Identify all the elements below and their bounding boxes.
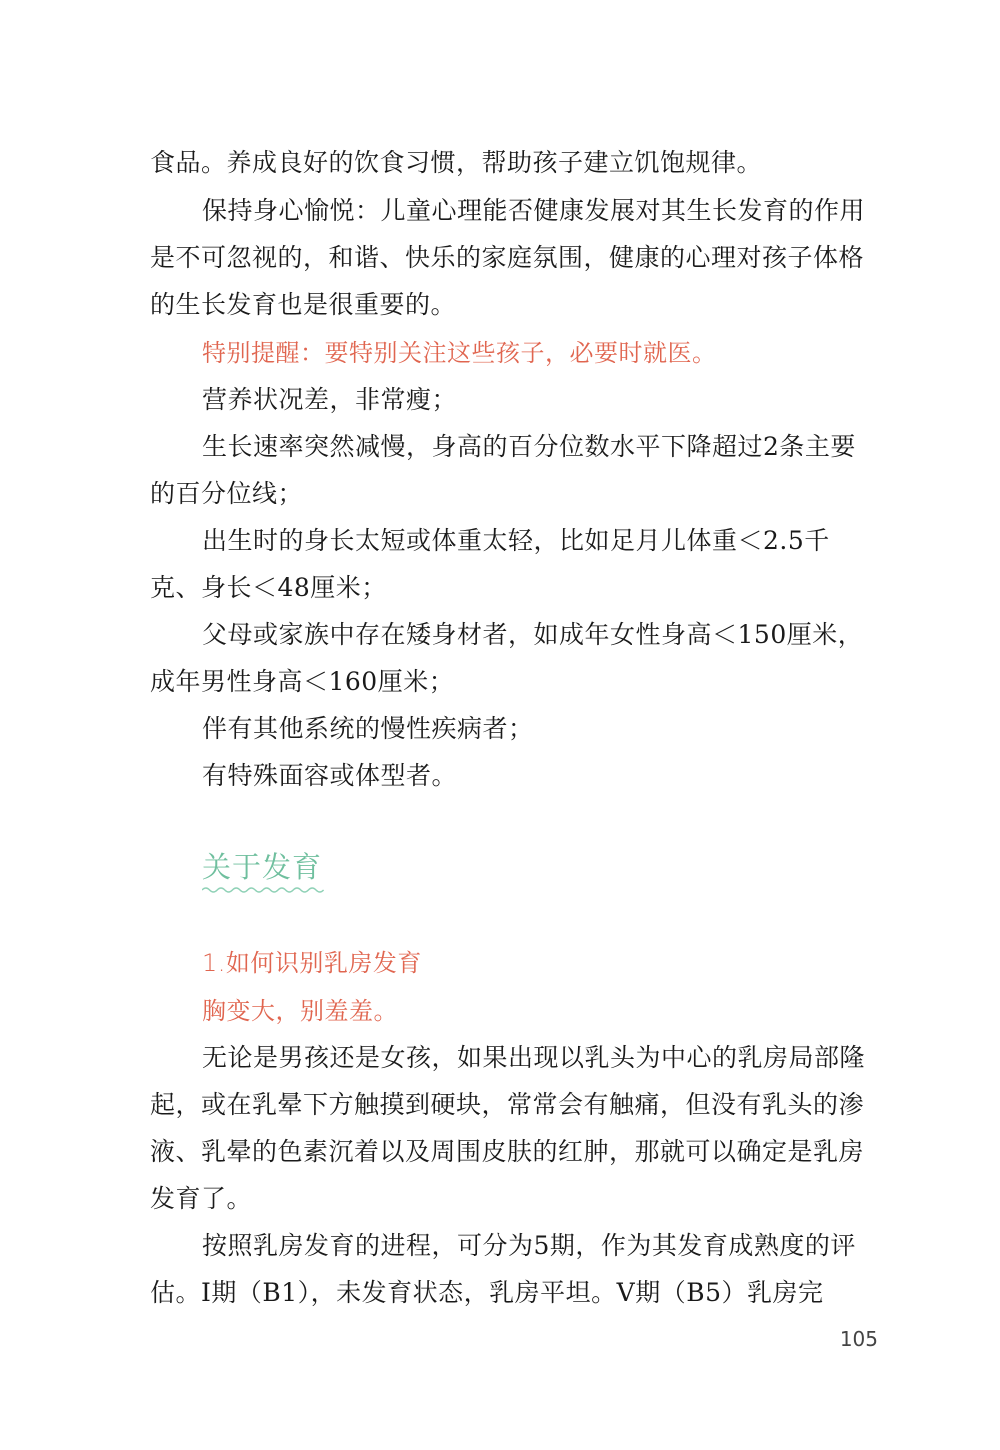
- subsection-tagline: 胸变大，别羞羞。: [202, 988, 398, 1034]
- paragraph-line: 食品。养成良好的饮食习惯，帮助孩子建立饥饱规律。: [150, 140, 762, 186]
- section-title: 关于发育: [202, 845, 322, 889]
- list-item-continued: 克、身长＜48厘米；: [150, 565, 387, 611]
- page-number: 105: [840, 1327, 878, 1351]
- list-item: 有特殊面容或体型者。: [202, 753, 457, 799]
- paragraph-line: 是不可忽视的，和谐、快乐的家庭氛围，健康的心理对孩子体格: [150, 235, 864, 281]
- paragraph-line: 保持身心愉悦：儿童心理能否健康发展对其生长发育的作用: [202, 188, 865, 234]
- list-item-continued: 成年男性身高＜160厘米；: [150, 659, 454, 705]
- list-item: 生长速率突然减慢，身高的百分位数水平下降超过2条主要: [202, 424, 856, 470]
- paragraph-line: 估。Ⅰ期（B1），未发育状态，乳房平坦。Ⅴ期（B5）乳房完: [150, 1270, 824, 1316]
- list-item: 伴有其他系统的慢性疾病者；: [202, 706, 534, 752]
- wavy-underline-icon: [202, 886, 324, 894]
- paragraph-line: 液、乳晕的色素沉着以及周围皮肤的红肿，那就可以确定是乳房: [150, 1129, 864, 1175]
- list-item: 营养状况差，非常瘦；: [202, 377, 457, 423]
- subsection-title: 1.如何识别乳房发育: [202, 940, 422, 986]
- special-reminder: 特别提醒：要特别关注这些孩子，必要时就医。: [202, 330, 717, 376]
- list-item: 父母或家族中存在矮身材者，如成年女性身高＜150厘米，: [202, 612, 863, 658]
- paragraph-line: 发育了。: [150, 1176, 252, 1222]
- paragraph-line: 的生长发育也是很重要的。: [150, 282, 456, 328]
- paragraph-line: 起，或在乳晕下方触摸到硬块，常常会有触痛，但没有乳头的渗: [150, 1082, 864, 1128]
- list-item-continued: 的百分位线；: [150, 471, 303, 517]
- list-item: 出生时的身长太短或体重太轻，比如足月儿体重＜2.5千: [202, 518, 830, 564]
- paragraph-line: 无论是男孩还是女孩，如果出现以乳头为中心的乳房局部隆: [202, 1035, 865, 1081]
- paragraph-line: 按照乳房发育的进程，可分为5期，作为其发育成熟度的评: [202, 1223, 856, 1269]
